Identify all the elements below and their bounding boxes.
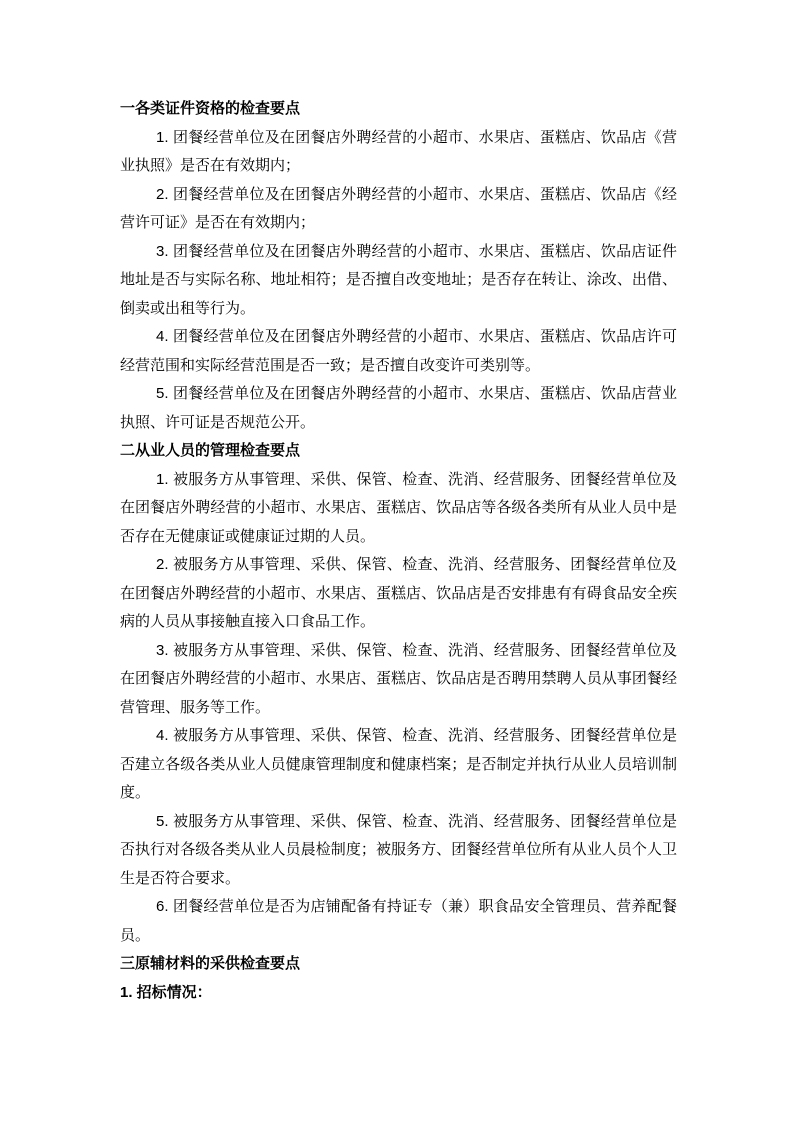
list-paragraph: 4. 团餐经营单位及在团餐店外聘经营的小超市、水果店、蛋糕店、饮品店许可经营范围… — [120, 323, 677, 380]
list-paragraph: 5. 被服务方从事管理、采供、保管、检查、洗消、经营服务、团餐经营单位是否执行对… — [120, 808, 677, 894]
document-body: 一各类证件资格的检查要点 1. 团餐经营单位及在团餐店外聘经营的小超市、水果店、… — [120, 95, 677, 1007]
list-paragraph: 3. 被服务方从事管理、采供、保管、检查、洗消、经营服务、团餐经营单位及在团餐店… — [120, 637, 677, 723]
list-paragraph: 2. 团餐经营单位及在团餐店外聘经营的小超市、水果店、蛋糕店、饮品店《经营许可证… — [120, 181, 677, 238]
list-paragraph: 6. 团餐经营单位是否为店铺配备有持证专（兼）职食品安全管理员、营养配餐员。 — [120, 893, 677, 950]
list-paragraph: 4. 被服务方从事管理、采供、保管、检查、洗消、经营服务、团餐经营单位是否建立各… — [120, 722, 677, 808]
list-paragraph: 3. 团餐经营单位及在团餐店外聘经营的小超市、水果店、蛋糕店、饮品店证件地址是否… — [120, 238, 677, 324]
section-heading-3: 三原辅材料的采供检查要点 — [120, 950, 677, 979]
section-heading-1: 一各类证件资格的检查要点 — [120, 95, 677, 124]
bold-list-paragraph: 1. 招标情况： — [120, 979, 677, 1008]
document-page: 一各类证件资格的检查要点 1. 团餐经营单位及在团餐店外聘经营的小超市、水果店、… — [0, 0, 793, 1122]
section-heading-2: 二从业人员的管理检查要点 — [120, 437, 677, 466]
list-paragraph: 1. 团餐经营单位及在团餐店外聘经营的小超市、水果店、蛋糕店、饮品店《营业执照》… — [120, 124, 677, 181]
list-paragraph: 1. 被服务方从事管理、采供、保管、检查、洗消、经营服务、团餐经营单位及在团餐店… — [120, 466, 677, 552]
list-paragraph: 2. 被服务方从事管理、采供、保管、检查、洗消、经营服务、团餐经营单位及在团餐店… — [120, 551, 677, 637]
list-paragraph: 5. 团餐经营单位及在团餐店外聘经营的小超市、水果店、蛋糕店、饮品店营业执照、许… — [120, 380, 677, 437]
